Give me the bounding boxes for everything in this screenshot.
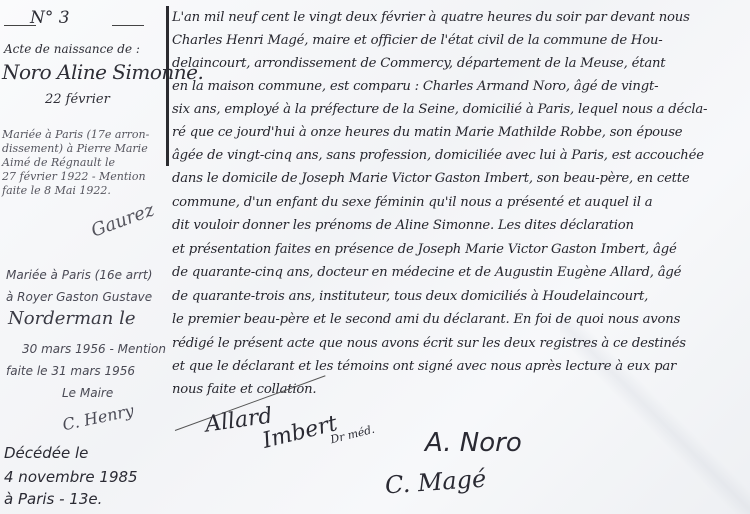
marriage-1956-line: 30 mars 1956 - Mention: [22, 342, 166, 356]
marriage-1922-line: dissement) à Pierre Marie: [2, 142, 148, 155]
body-line: et présentation faites en présence de Jo…: [172, 242, 677, 257]
body-line: en la maison commune, est comparu : Char…: [172, 79, 658, 94]
margin-annotations: N° 3 Acte de naissance de : Noro Aline S…: [0, 0, 165, 514]
body-line: âgée de vingt-cinq ans, sans profession,…: [172, 148, 704, 163]
death-note-line: Décédée le: [4, 444, 88, 462]
death-note-line: 4 novembre 1985: [4, 468, 138, 486]
entry-title: Acte de naissance de :: [4, 42, 140, 56]
marriage-1922-line: Aimé de Régnault le: [2, 156, 115, 169]
body-line: dit vouloir donner les prénoms de Aline …: [172, 218, 634, 233]
marriage-1956-line: faite le 31 mars 1956: [6, 364, 135, 378]
decorative-dash: [112, 25, 144, 26]
marriage-1956-line: à Royer Gaston Gustave: [6, 290, 152, 304]
death-note-line: à Paris - 13e.: [4, 490, 102, 508]
body-line: delaincourt, arrondissement de Commercy,…: [172, 56, 665, 71]
body-line: nous faite et collation.: [172, 382, 316, 397]
body-line: de quarante-trois ans, instituteur, tous…: [172, 289, 648, 304]
body-line: et que le déclarant et les témoins ont s…: [172, 359, 676, 374]
body-line: L'an mil neuf cent le vingt deux février…: [172, 10, 690, 25]
entry-number: N° 3: [30, 8, 70, 28]
body-line: dans le domicile de Joseph Marie Victor …: [172, 171, 689, 186]
body-line: le premier beau-père et le second ami du…: [172, 312, 680, 327]
marriage-1956-line: Norderman le: [8, 308, 136, 329]
body-line: ré que ce jourd'hui à onze heures du mat…: [172, 125, 682, 140]
body-line: commune, d'un enfant du sexe féminin qu'…: [172, 195, 652, 210]
scanned-document-page: N° 3 Acte de naissance de : Noro Aline S…: [0, 0, 750, 514]
margin-divider-rule: [166, 6, 169, 166]
signature-noro: A. Noro: [425, 428, 522, 458]
marriage-1922-line: Mariée à Paris (17e arron-: [2, 128, 149, 141]
body-line: six ans, employé à la préfecture de la S…: [172, 102, 707, 117]
body-line: Charles Henri Magé, maire et officier de…: [172, 33, 663, 48]
body-line: de quarante-cinq ans, docteur en médecin…: [172, 265, 681, 280]
birth-date: 22 février: [45, 92, 110, 107]
marriage-1922-line: faite le 8 Mai 1922.: [2, 184, 111, 197]
body-line: rédigé le présent acte que nous avons éc…: [172, 336, 686, 351]
margin-signature-2: C. Henry: [61, 401, 136, 435]
marriage-1956-line: Mariée à Paris (16e arrt): [6, 268, 152, 282]
marriage-1922-line: 27 février 1922 - Mention: [2, 170, 146, 183]
signature-mayor: C. Magé: [384, 465, 487, 500]
margin-signature-1: Gaurez: [88, 199, 157, 241]
marriage-1956-line: Le Maire: [62, 386, 113, 400]
